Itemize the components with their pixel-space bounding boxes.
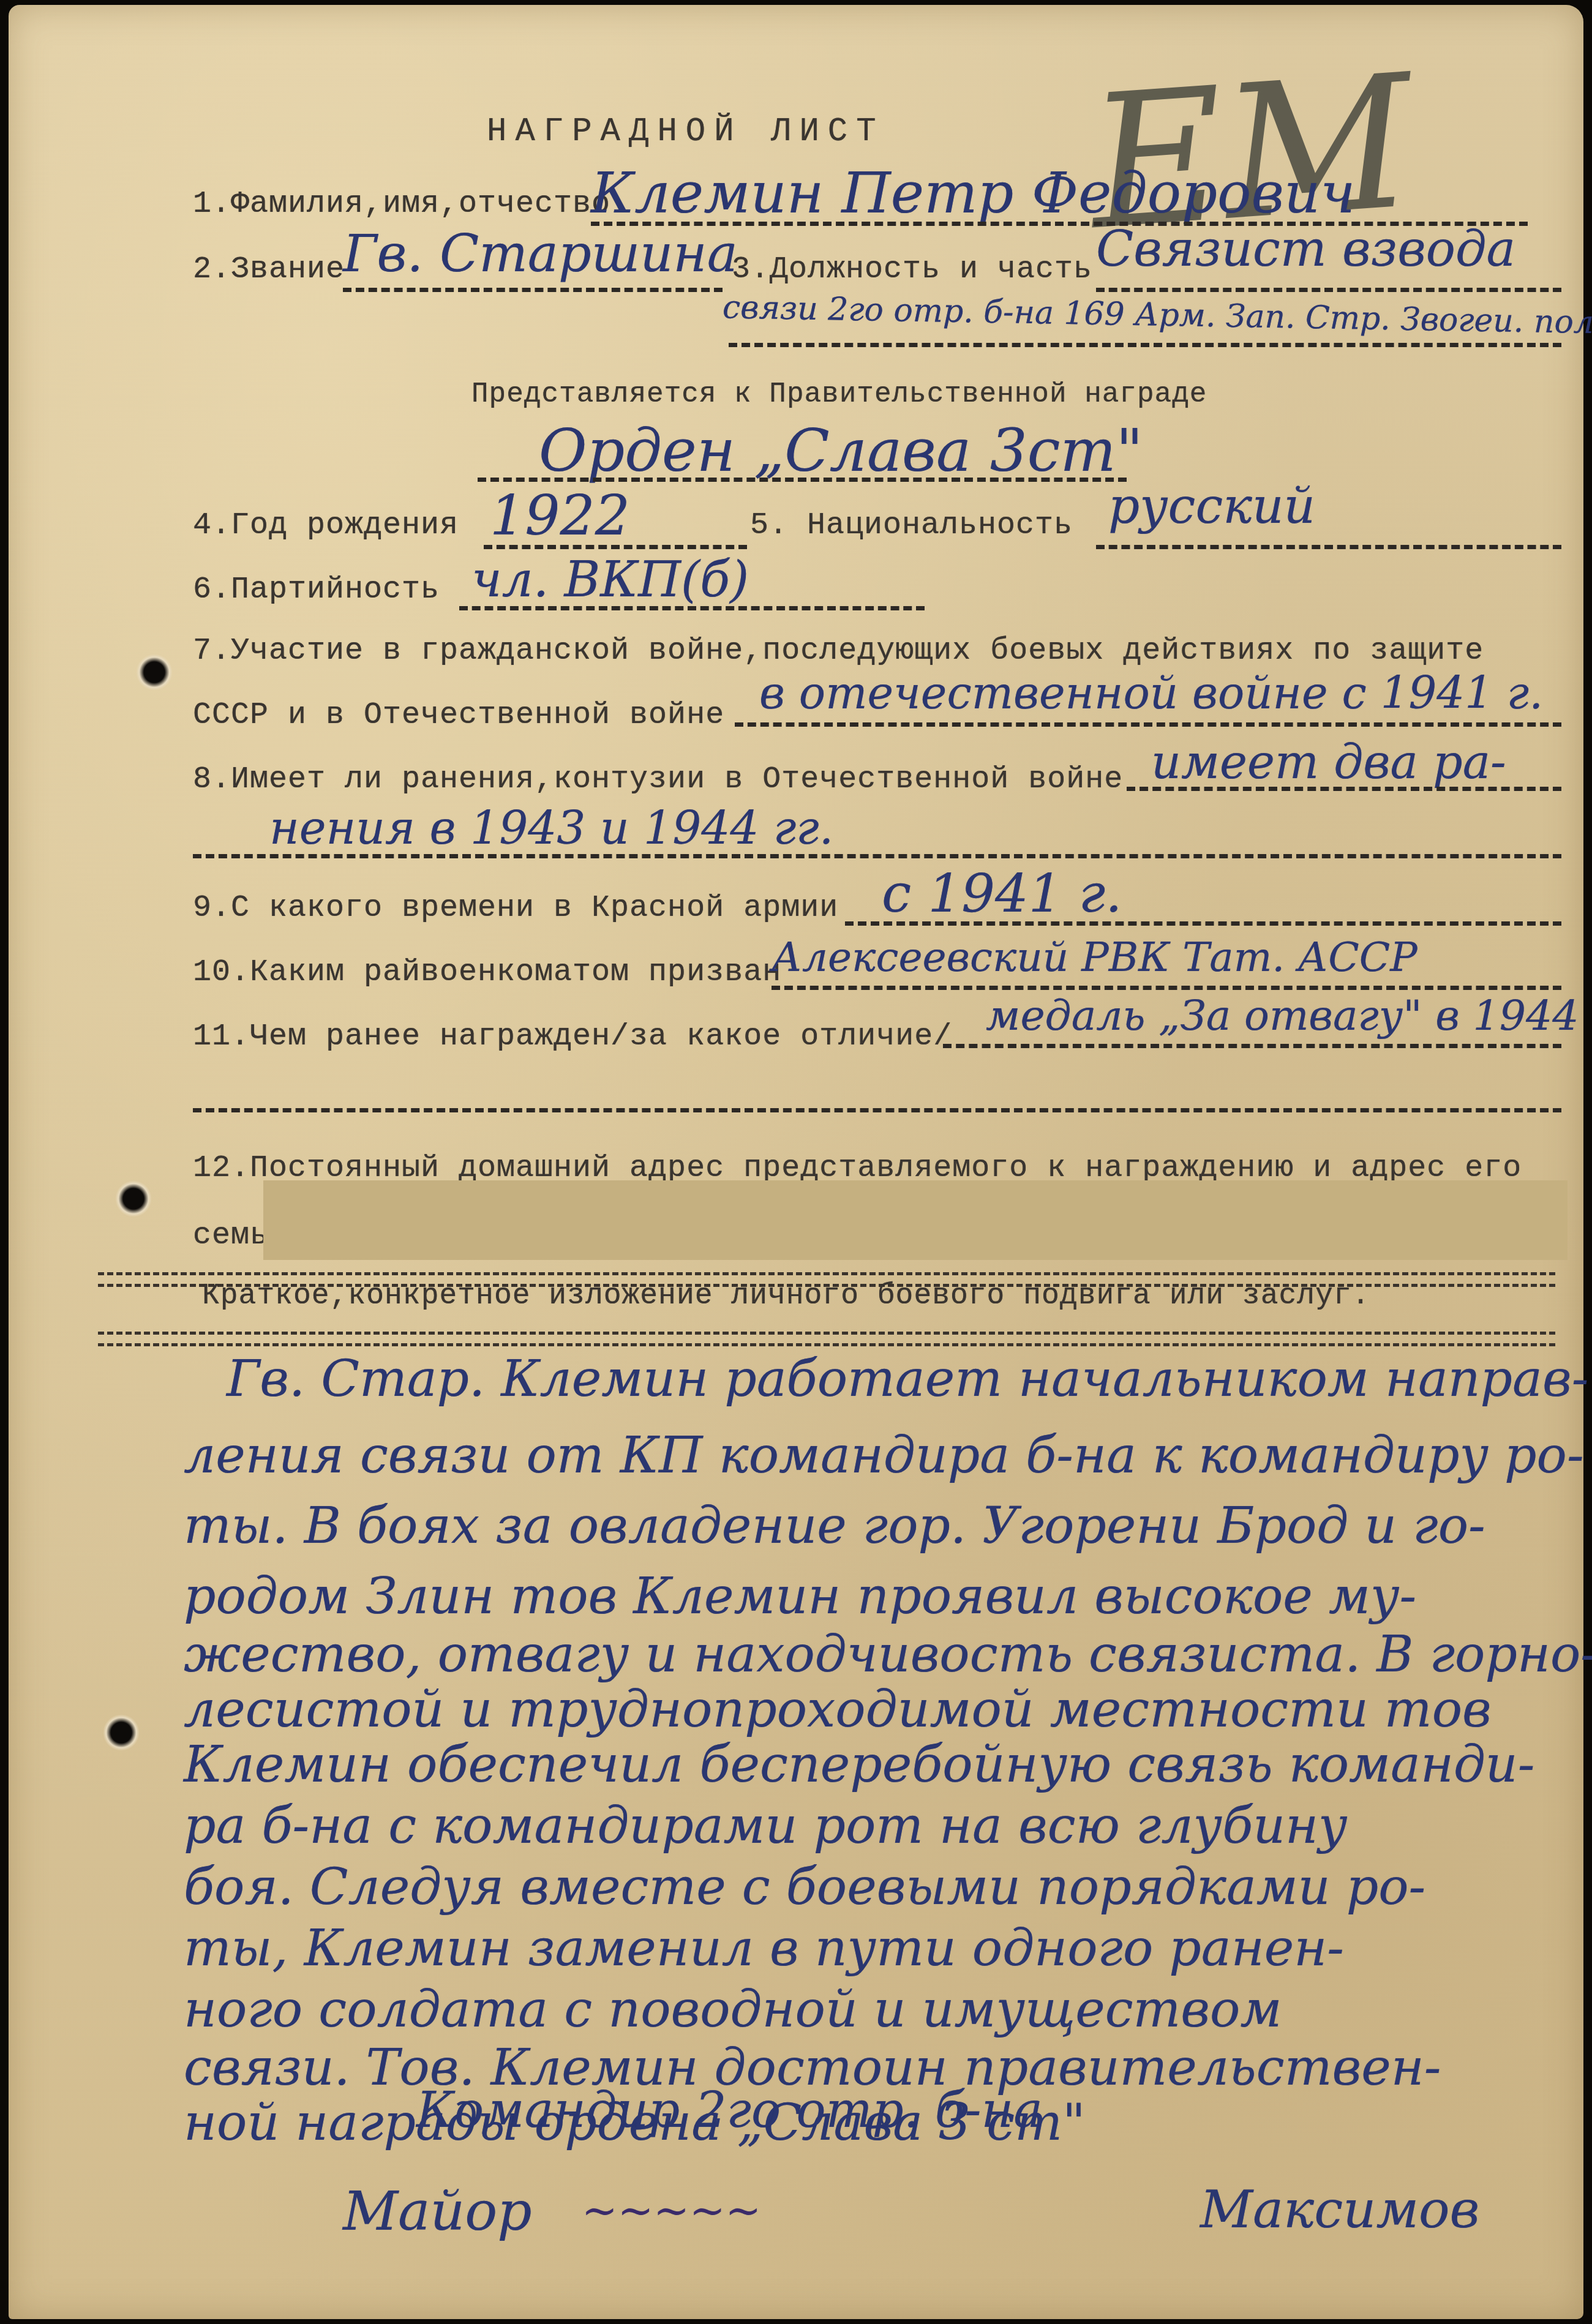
narrative-line: Гв. Стар. Клемин работает начальником на… — [227, 1350, 1588, 1408]
page-title: НАГРАДНОЙ ЛИСТ — [487, 113, 885, 151]
field-wounds-underline-1 — [1127, 787, 1561, 791]
field-position-underline-2 — [729, 343, 1561, 347]
section-rule-bottom — [98, 1332, 1555, 1346]
field-participation-label-2: СССР и в Отечественной войне — [193, 698, 724, 733]
field-nationality-label: 5. Национальность — [750, 508, 1073, 543]
field-birthyear-value: 1922 — [490, 484, 630, 548]
field-wounds-value-1: имеет два ра- — [1151, 735, 1506, 789]
field-birthyear-underline — [484, 545, 747, 549]
field-participation-label-1: 7.Участие в гражданской войне,последующи… — [193, 634, 1484, 669]
section-heading: Краткое,конкретное изложение личного бое… — [202, 1280, 1370, 1313]
field-participation-value: в отечественной войне с 1941 г. — [759, 667, 1543, 719]
field-enlistment-underline — [772, 986, 1561, 990]
field-party-underline — [459, 606, 925, 610]
narrative-line: жество, отвагу и находчивость связиста. … — [184, 1625, 1592, 1684]
field-rank-value: Гв. Старшина — [343, 223, 738, 283]
punch-hole-3 — [103, 1714, 140, 1751]
field-rank-underline — [343, 288, 723, 292]
field-nationality-underline — [1096, 545, 1561, 549]
field-prior-awards-label: 11.Чем ранее награжден/за какое отличие/ — [193, 1019, 952, 1054]
field-rank-label: 2.Звание — [193, 252, 345, 287]
narrative-line: родом Злин тов Клемин проявил высокое му… — [184, 1567, 1416, 1625]
narrative-line: ты, Клемин заменил в пути одного ранен- — [184, 1919, 1344, 1977]
narrative-line: ра б-на с командирами рот на всю глубину — [184, 1797, 1348, 1855]
award-label: Представляется к Правительственной награ… — [471, 378, 1207, 410]
field-prior-awards-value: медаль „За отвагу" в 1944 г. — [986, 992, 1592, 1040]
award-underline — [478, 478, 1127, 482]
field-party-label: 6.Партийность — [193, 572, 440, 607]
field-wounds-label: 8.Имеет ли ранения,контузии в Отечествен… — [193, 762, 1123, 797]
address-redaction — [263, 1180, 1568, 1260]
field-army-since-value: с 1941 г. — [882, 863, 1122, 924]
field-army-since-label: 9.С какого времени в Красной армии — [193, 891, 838, 926]
field-position-label: 3.Должность и часть — [732, 252, 1092, 287]
field-position-value: Связист взвода — [1096, 220, 1515, 277]
punch-hole-2 — [115, 1180, 152, 1217]
field-nationality-value: русский — [1108, 478, 1315, 534]
field-position-underline — [1096, 288, 1561, 292]
field-birthyear-label: 4.Год рождения — [193, 508, 459, 543]
narrative-line: боя. Следуя вместе с боевыми порядками р… — [184, 1858, 1425, 1916]
field-wounds-value-2: нения в 1943 и 1944 гг. — [269, 802, 833, 855]
field-army-since-underline — [845, 921, 1561, 926]
signature-name: Максимов — [1200, 2180, 1480, 2240]
narrative-line: ты. В боях за овладение гор. Угорени Бро… — [184, 1497, 1485, 1555]
field-wounds-underline-2 — [193, 854, 1561, 858]
award-value: Орден „Слава 3ст" — [539, 416, 1143, 485]
field-enlistment-value: Алексеевский РВК Тат. АССР — [772, 934, 1417, 981]
narrative-line: Клемин обеспечил бесперебойную связь ком… — [184, 1736, 1534, 1794]
signature-position: Командир 2го отр. б-на — [416, 2082, 1043, 2138]
field-prior-awards-underline — [943, 1044, 1561, 1048]
narrative-line: ления связи от КП командира б-на к коман… — [184, 1426, 1584, 1485]
narrative-line: лесистой и труднопроходимой местности то… — [184, 1681, 1492, 1739]
field-prior-awards-underline-2 — [193, 1108, 1561, 1112]
field-name-label: 1.Фамилия,имя,отчество — [193, 187, 610, 222]
signature-rank: Майор — [343, 2180, 532, 2243]
field-name-value: Клемин Петр Федорович — [591, 160, 1355, 226]
field-enlistment-label: 10.Каким райвоенкоматом призван — [193, 955, 781, 990]
field-participation-underline — [735, 722, 1561, 727]
narrative-line: ного солдата с поводной и имуществом — [184, 1981, 1282, 2039]
punch-hole-1 — [136, 654, 173, 691]
field-party-value: чл. ВКП(б) — [471, 551, 749, 608]
signature-scribble: ~~~~~ — [582, 2186, 761, 2236]
